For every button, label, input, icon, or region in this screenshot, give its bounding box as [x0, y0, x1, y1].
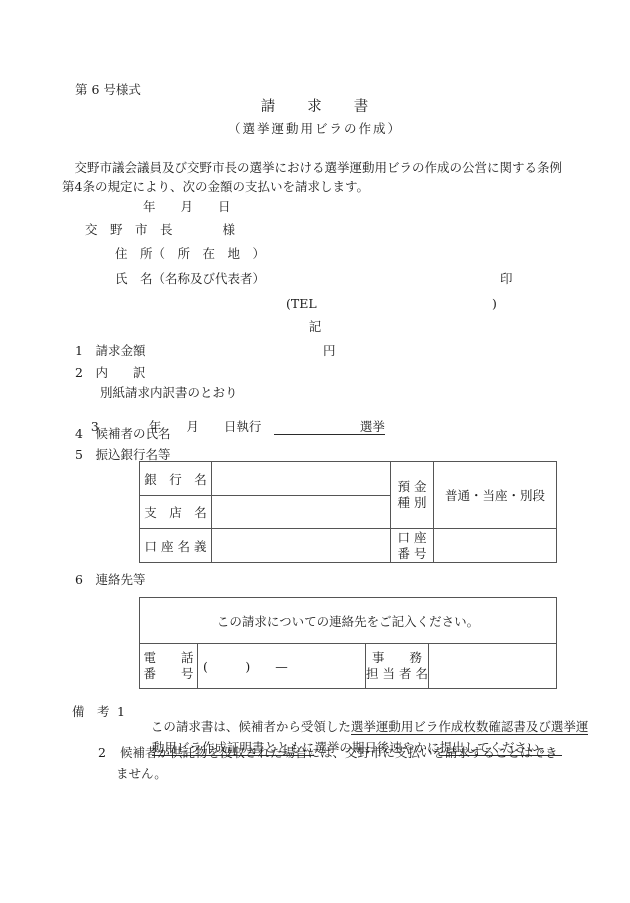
document-title: 請 求 書 [0, 100, 630, 115]
address-label: 住 所（ 所 在 地 ） [115, 246, 265, 261]
invoice-form-page: 第 6 号様式 請 求 書 （選挙運動用ビラの作成） 交野市議会議員及び交野市長… [0, 0, 630, 903]
staff-label-line2: 担 当 者 名 [366, 666, 428, 682]
election-name-fill-line [274, 419, 360, 431]
item5-bank-transfer: 5 振込銀行名等 [75, 447, 170, 462]
name-label: 氏 名（名称及び代表者） [115, 271, 265, 286]
phone-number-field: ( ) — [198, 644, 366, 689]
item1-claim-amount: 1 請求金額 [75, 343, 145, 358]
deposit-type-label-line1: 預 金 [391, 479, 433, 495]
staff-name-field [429, 644, 557, 689]
deposit-type-options: 普通・当座・別段 [434, 462, 557, 529]
body-paragraph-line2: 第4条の規定により、次の金額の支払いを請求します。 [62, 179, 369, 194]
item4-candidate-name: 4 候補者の氏名 [75, 426, 170, 441]
notes-heading: 備 考 [72, 704, 110, 719]
phone-label-line1: 電 話 [140, 650, 197, 666]
deposit-type-label-line2: 種 別 [391, 495, 433, 511]
contact-table: この請求についての連絡先をご記入ください。 電 話 番 号 ( ) — 事 務 … [139, 597, 557, 689]
bank-name-field [212, 462, 391, 496]
item3-suffix: 選挙 [360, 419, 385, 434]
branch-name-field [212, 496, 391, 529]
item6-contact-info: 6 連絡先等 [75, 572, 145, 587]
election-name-blank: 選挙 [274, 419, 385, 435]
item2-breakdown: 2 内 訳 [75, 365, 145, 380]
addressee-line: 交 野 市 長 様 [85, 222, 235, 237]
account-holder-label: 口 座 名 義 [140, 529, 212, 563]
tel-close: ) [492, 296, 497, 311]
note2-line1: 候補者が供託物を没収された場合には、交野市に支払いを請求することはでき [120, 745, 558, 760]
staff-name-label: 事 務 担 当 者 名 [366, 644, 429, 689]
deposit-type-label: 預 金 種 別 [391, 462, 434, 529]
date-blank-line: 年 月 日 [143, 199, 231, 214]
account-number-label: 口 座 番 号 [391, 529, 434, 563]
phone-number-label: 電 話 番 号 [140, 644, 198, 689]
note1-number: 1 [117, 704, 125, 719]
branch-name-label: 支 店 名 [140, 496, 212, 529]
item1-yen-unit: 円 [323, 343, 336, 358]
account-number-field [434, 529, 557, 563]
contact-instruction: この請求についての連絡先をご記入ください。 [140, 598, 557, 644]
document-subtitle: （選挙運動用ビラの作成） [0, 121, 630, 136]
account-holder-field [212, 529, 391, 563]
bank-table: 銀 行 名 預 金 種 別 普通・当座・別段 支 店 名 口 座 名 義 口 座… [139, 461, 557, 563]
seal-mark: 印 [500, 271, 513, 286]
staff-label-line1: 事 務 [366, 650, 428, 666]
item2-breakdown-detail: 別紙請求内訳書のとおり [100, 385, 238, 400]
phone-label-line2: 番 号 [140, 666, 197, 682]
bank-name-label: 銀 行 名 [140, 462, 212, 496]
account-number-label-line1: 口 座 [391, 530, 433, 546]
form-number: 第 6 号様式 [75, 82, 141, 97]
note2-number: 2 [98, 745, 106, 760]
tel-open: (TEL [286, 296, 317, 311]
note2-line2: ません。 [116, 766, 167, 781]
record-heading: 記 [0, 319, 630, 334]
body-paragraph-line1: 交野市議会議員及び交野市長の選挙における選挙運動用ビラの作成の公営に関する条例 [62, 160, 562, 175]
account-number-label-line2: 番 号 [391, 546, 433, 562]
